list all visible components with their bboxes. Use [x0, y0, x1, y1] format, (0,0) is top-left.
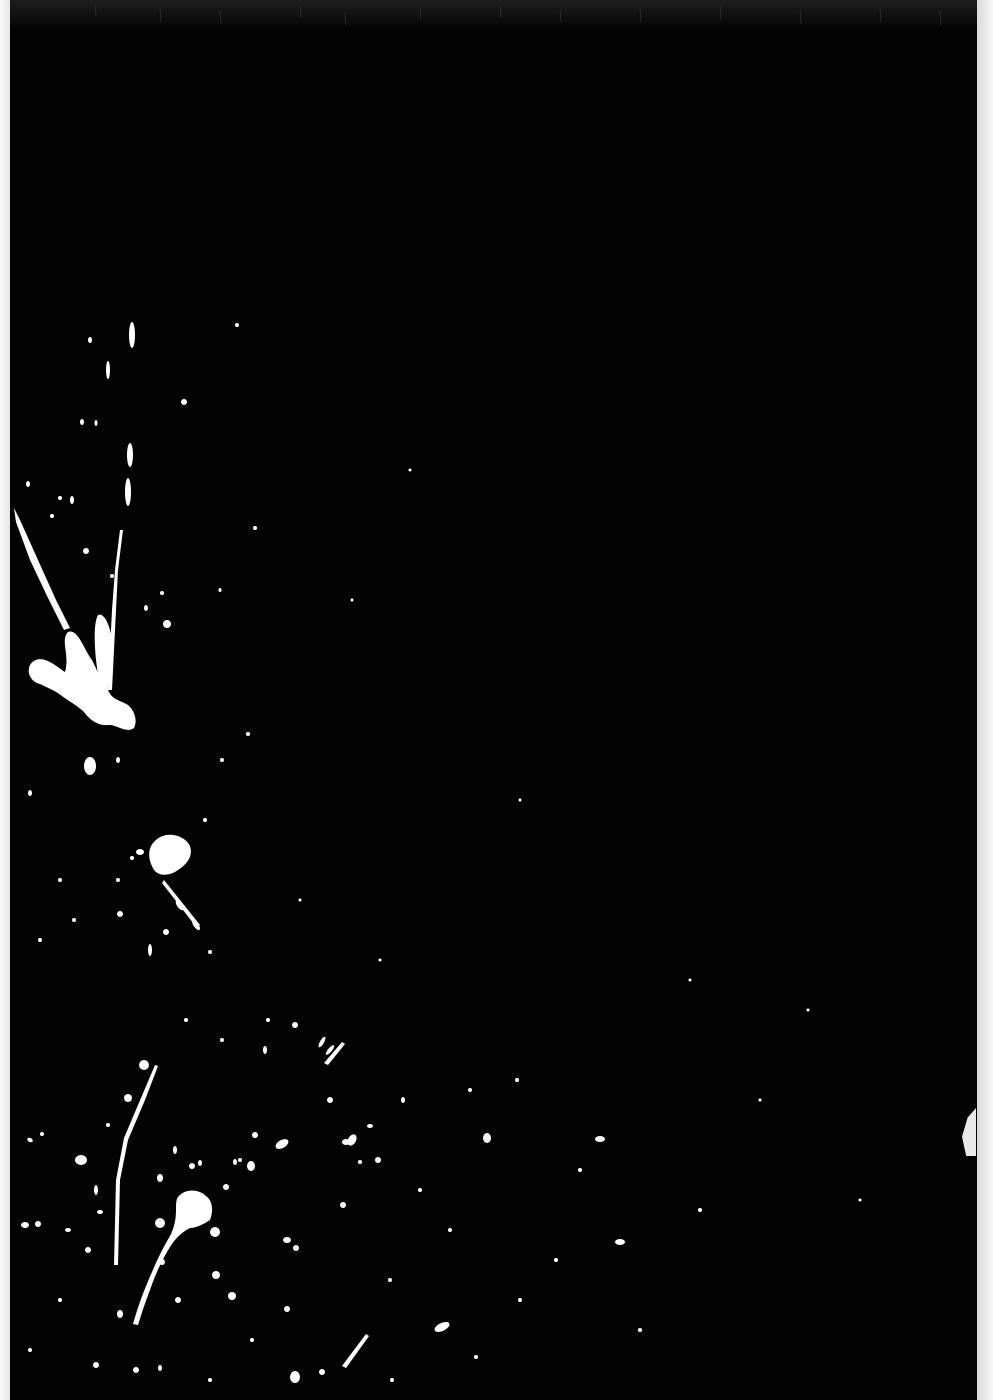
scanned-page [0, 0, 993, 1400]
paint-splatter [0, 0, 993, 1400]
